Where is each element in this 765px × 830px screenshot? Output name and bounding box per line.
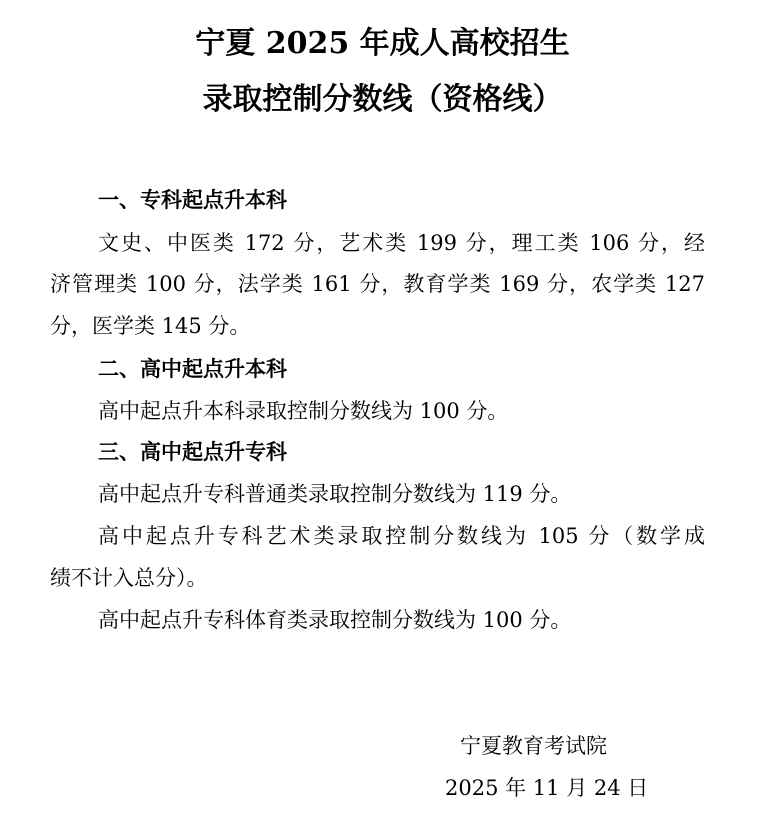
issuing-organization: 宁夏教育考试院 bbox=[460, 732, 607, 760]
section-3-text-line-3: 绩不计入总分）。 bbox=[50, 564, 208, 592]
section-1-heading: 一、专科起点升本科 bbox=[98, 186, 287, 214]
section-3-heading: 三、高中起点升专科 bbox=[98, 438, 287, 466]
section-1-text-line-3: 分，医学类 145 分。 bbox=[50, 312, 250, 340]
issue-date: 2025 年 11 月 24 日 bbox=[445, 774, 648, 802]
section-1-text-line-1: 文史、中医类 172 分，艺术类 199 分，理工类 106 分，经 bbox=[98, 229, 705, 257]
section-3-text-line-4: 高中起点升专科体育类录取控制分数线为 100 分。 bbox=[98, 606, 571, 634]
document-title-line-2: 录取控制分数线（资格线） bbox=[0, 80, 765, 120]
document-page: 宁夏 2025 年成人高校招生 录取控制分数线（资格线） 一、专科起点升本科 文… bbox=[0, 0, 765, 830]
section-3-text-line-2: 高中起点升专科艺术类录取控制分数线为 105 分（数学成 bbox=[98, 522, 705, 550]
section-2-heading: 二、高中起点升本科 bbox=[98, 355, 287, 383]
document-title-line-1: 宁夏 2025 年成人高校招生 bbox=[0, 24, 765, 64]
section-3-text-line-1: 高中起点升专科普通类录取控制分数线为 119 分。 bbox=[98, 480, 571, 508]
section-1-text-line-2: 济管理类 100 分，法学类 161 分，教育学类 169 分，农学类 127 bbox=[50, 270, 705, 298]
section-2-text-line-1: 高中起点升本科录取控制分数线为 100 分。 bbox=[98, 397, 508, 425]
